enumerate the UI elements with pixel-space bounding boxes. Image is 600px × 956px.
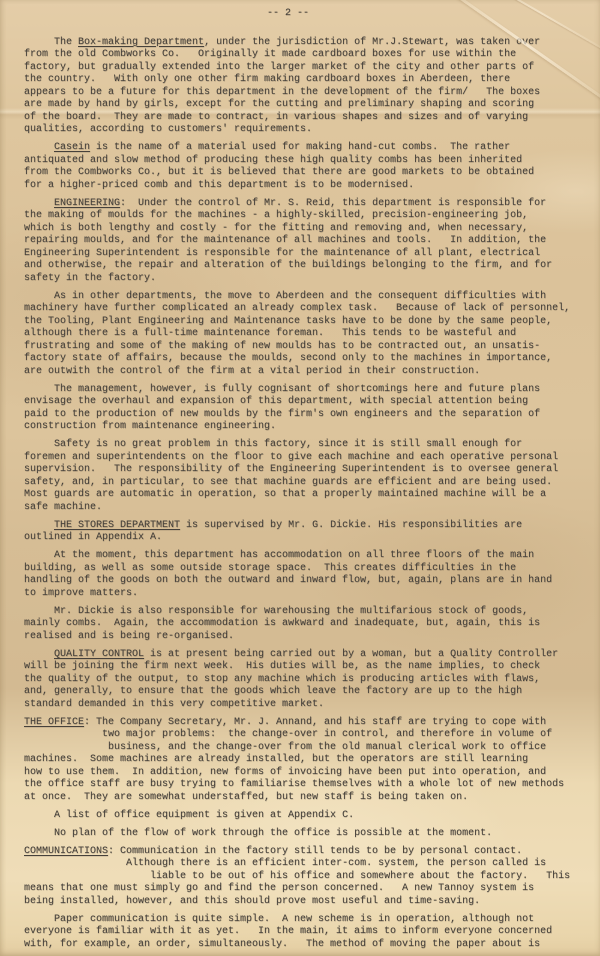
text-segment [24, 142, 54, 153]
paragraph-communications: COMMUNICATIONS: Communication in the fac… [24, 846, 582, 909]
paragraph-engineering: ENGINEERING: Under the control of Mr. S.… [24, 198, 582, 286]
text-segment: A list of office equipment is given at A… [24, 810, 354, 821]
page-number: -- 2 -- [24, 8, 552, 21]
paragraph-office-equipment: A list of office equipment is given at A… [24, 810, 582, 823]
underlined-heading: THE OFFICE [24, 717, 84, 728]
text-segment: , under the jurisdiction of Mr.J.Stewart… [24, 37, 540, 136]
paragraph-management-plans: The management, however, is fully cognis… [24, 384, 582, 434]
text-segment: No plan of the flow of work through the … [24, 828, 492, 839]
paragraph-stores-accommodation: At the moment, this department has accom… [24, 550, 582, 600]
text-segment [24, 649, 54, 660]
paragraph-move-to-aberdeen: As in other departments, the move to Abe… [24, 291, 582, 379]
paragraph-safety: Safety is no great problem in this facto… [24, 439, 582, 514]
text-segment [24, 520, 54, 531]
text-segment: is the name of a material used for makin… [24, 142, 534, 191]
paragraph-box-making-department: The Box-making Department, under the jur… [24, 37, 582, 137]
text-segment: : The Company Secretary, Mr. J. Annand, … [24, 717, 564, 803]
text-segment: : Under the control of Mr. S. Reid, this… [24, 198, 552, 284]
paragraph-stores-department: THE STORES DEPARTMENT is supervised by M… [24, 520, 582, 545]
paragraph-the-office: THE OFFICE: The Company Secretary, Mr. J… [24, 717, 582, 805]
paragraph-warehousing: Mr. Dickie is also responsible for wareh… [24, 606, 582, 644]
paragraph-casein: Casein is the name of a material used fo… [24, 142, 582, 192]
text-segment: The management, however, is fully cognis… [24, 384, 540, 433]
text-segment: Mr. Dickie is also responsible for wareh… [24, 606, 540, 642]
paragraph-paper-communication: Paper communication is quite simple. A n… [24, 914, 582, 952]
paragraph-quality-control: QUALITY CONTROL is at present being carr… [24, 649, 582, 712]
underlined-heading: QUALITY CONTROL [54, 649, 144, 660]
scanned-document-page: -- 2 -- The Box-making Department, under… [0, 0, 600, 956]
text-segment: The [24, 37, 78, 48]
underlined-heading: ENGINEERING [54, 198, 120, 209]
text-segment [24, 198, 54, 209]
text-segment: At the moment, this department has accom… [24, 550, 552, 599]
text-segment: As in other departments, the move to Abe… [24, 291, 570, 377]
underlined-heading: Casein [54, 142, 90, 153]
text-segment: Paper communication is quite simple. A n… [24, 914, 552, 950]
text-segment: Safety is no great problem in this facto… [24, 439, 558, 513]
underlined-heading: Box-making Department [78, 37, 204, 48]
underlined-heading: THE STORES DEPARTMENT [54, 520, 180, 531]
document-body: The Box-making Department, under the jur… [24, 37, 582, 952]
paragraph-office-workflow: No plan of the flow of work through the … [24, 828, 582, 841]
underlined-heading: COMMUNICATIONS [24, 846, 108, 857]
